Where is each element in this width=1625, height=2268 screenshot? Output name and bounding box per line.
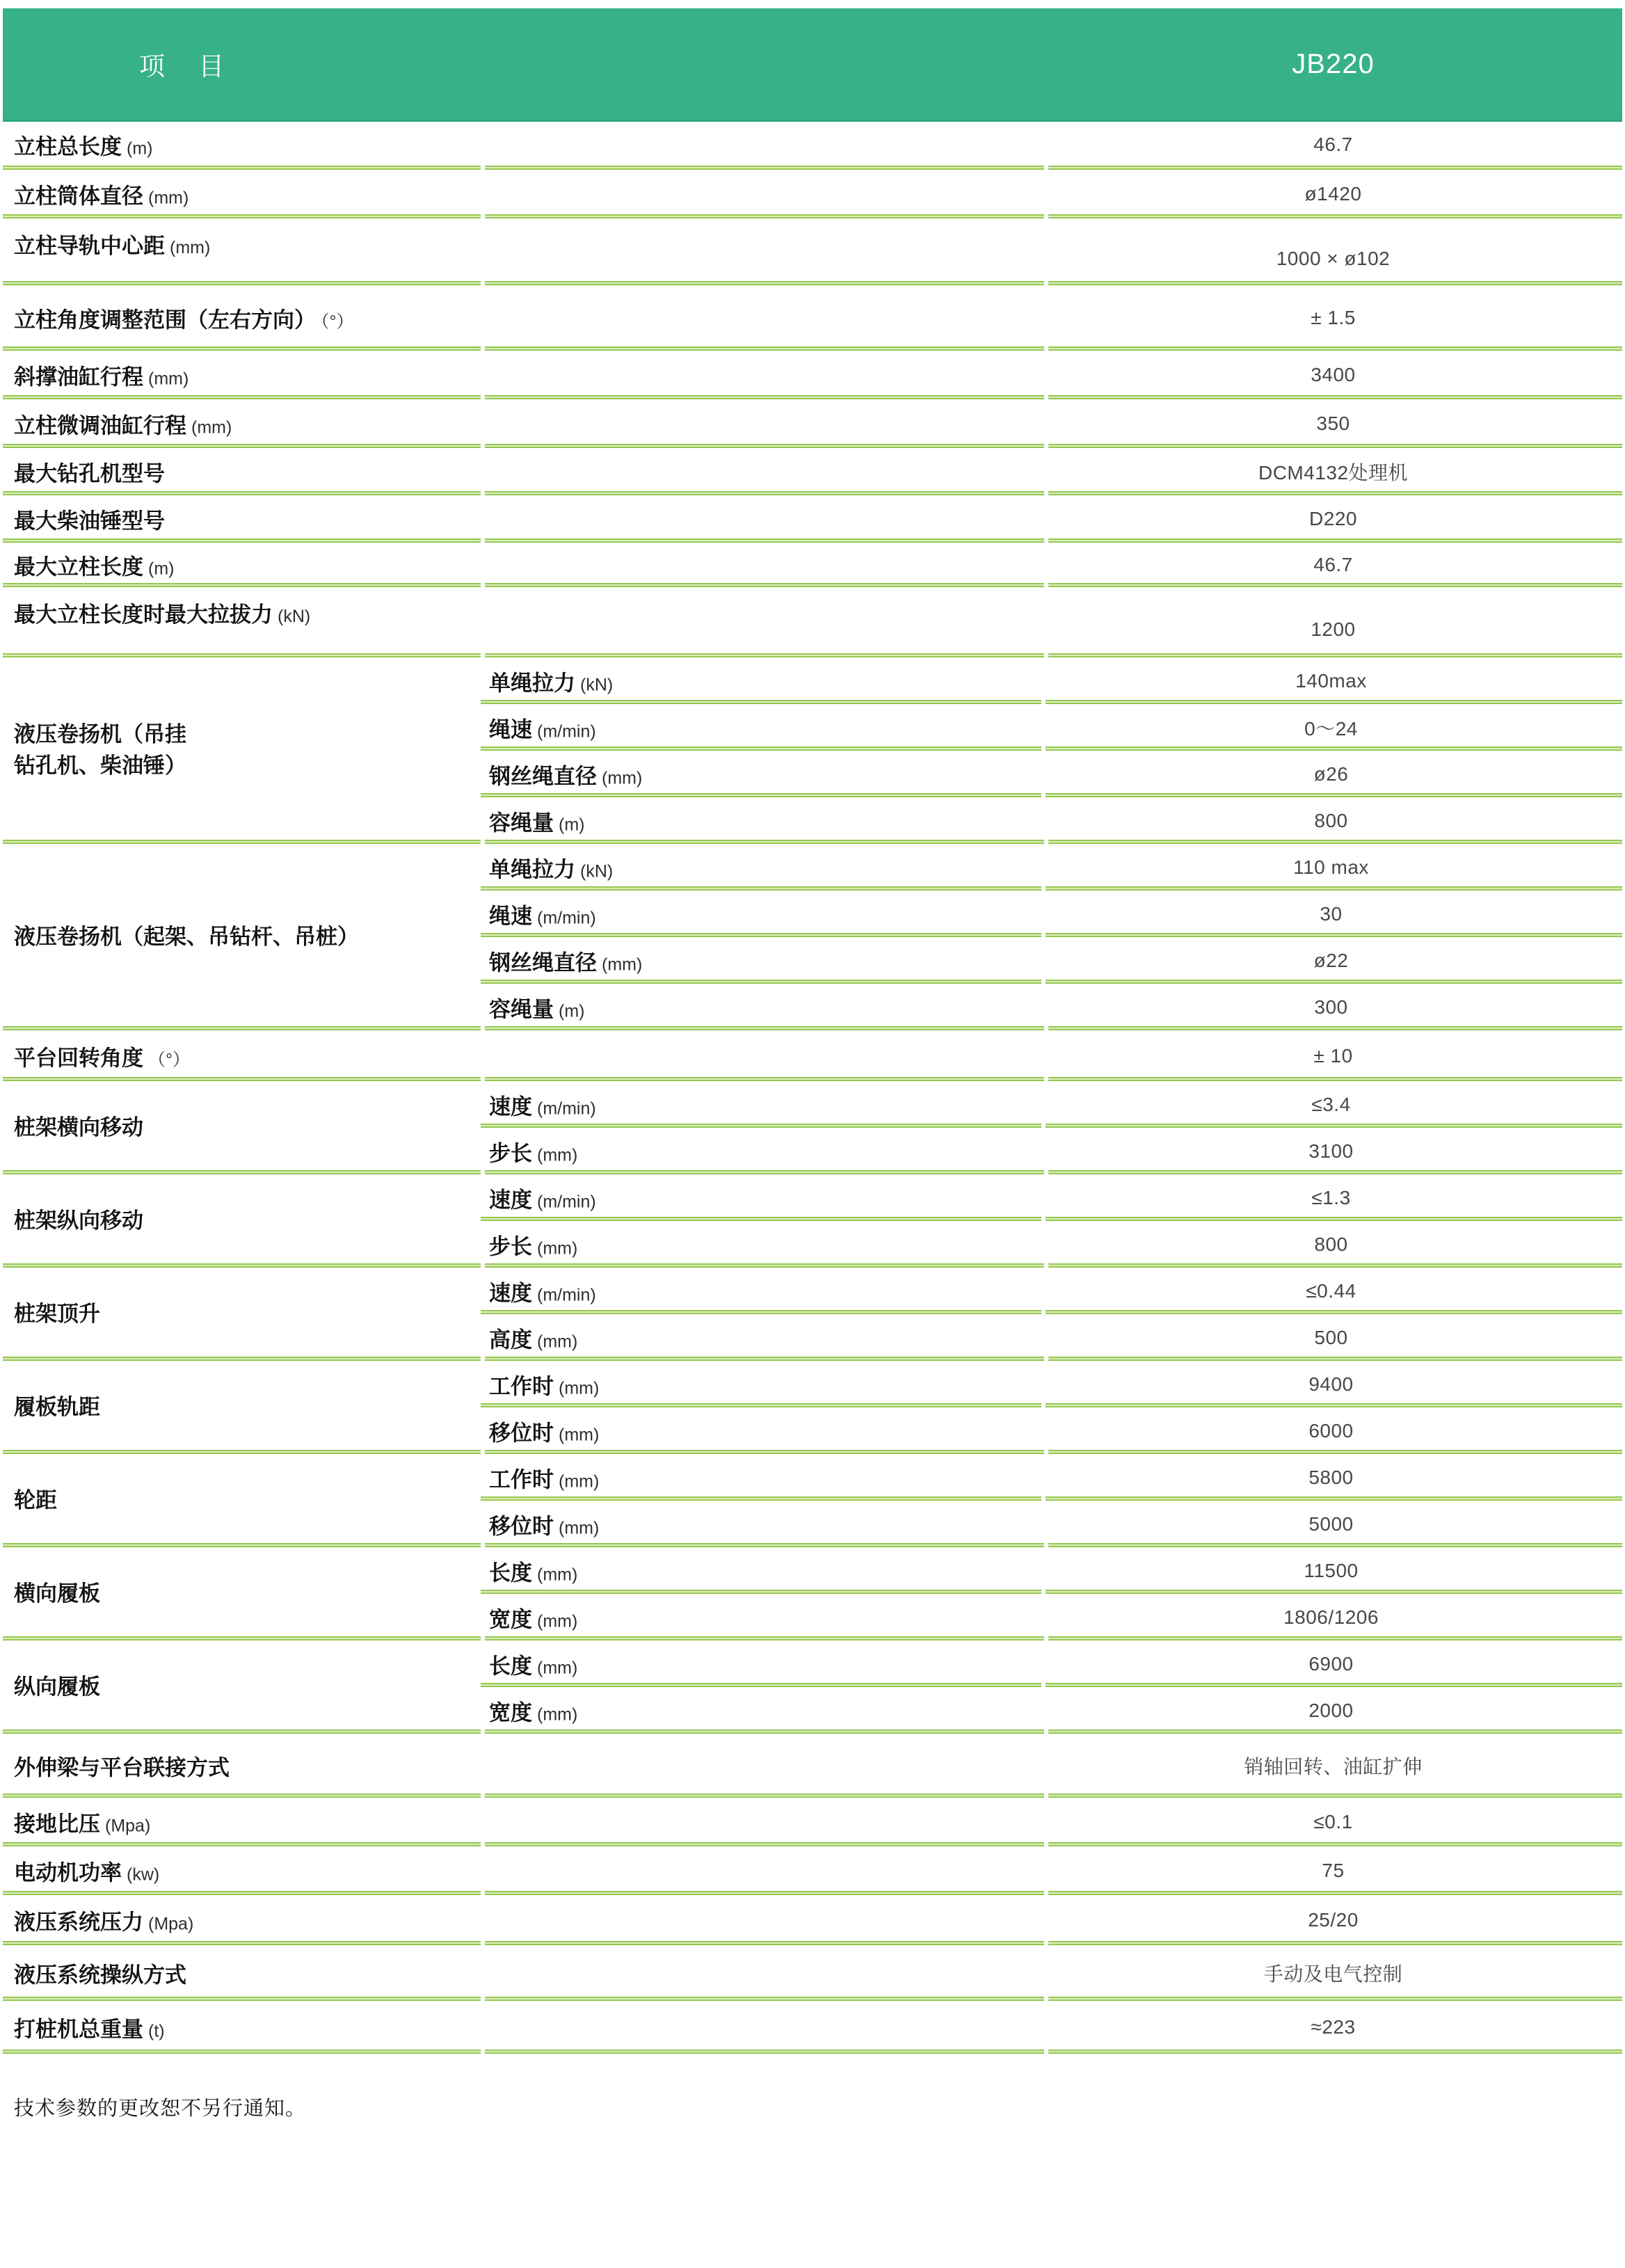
row-unit: (m) xyxy=(559,815,584,834)
row-unit: (Mpa) xyxy=(105,1816,150,1836)
table-group: 桩架横向移动速度(m/min)≤3.4步长(mm)3100 xyxy=(3,1081,1622,1174)
row-unit: (mm) xyxy=(559,1425,599,1444)
row-label: 接地比压 xyxy=(14,1812,100,1837)
group-label-line: 桩架纵向移动 xyxy=(14,1206,481,1237)
row-unit: (mm) xyxy=(537,1238,577,1258)
row-label-cell: 容绳量(m) xyxy=(489,805,584,836)
table-row: 立柱角度调整范围（左右方向）（°）± 1.5 xyxy=(3,285,1622,351)
row-label: 工作时 xyxy=(489,1467,554,1492)
row-value: 46.7 xyxy=(1044,554,1622,576)
table-subrow: 步长(mm)800 xyxy=(481,1221,1622,1268)
group-subrows: 速度(m/min)≤0.44高度(mm)500 xyxy=(481,1268,1622,1361)
table-subrow: 速度(m/min)≤1.3 xyxy=(481,1174,1622,1221)
row-value: 1200 xyxy=(1044,618,1622,641)
row-unit: (kw) xyxy=(127,1865,159,1885)
group-subrows: 工作时(mm)5800移位时(mm)5000 xyxy=(481,1454,1622,1547)
table-group: 桩架纵向移动速度(m/min)≤1.3步长(mm)800 xyxy=(3,1174,1622,1268)
row-unit: (mm) xyxy=(602,768,642,788)
group-label: 液压卷扬机（吊挂钻孔机、柴油锤） xyxy=(3,657,481,844)
row-value: 手动及电气控制 xyxy=(1044,1959,1622,1987)
table-subrow: 长度(mm)11500 xyxy=(481,1547,1622,1594)
row-unit: (mm) xyxy=(559,1518,599,1538)
group-subrows: 长度(mm)6900宽度(mm)2000 xyxy=(481,1640,1622,1734)
table-subrow: 绳速(m/min)0～24 xyxy=(481,704,1622,751)
row-unit: (m/min) xyxy=(537,1099,596,1118)
row-value: ± 1.5 xyxy=(1044,307,1622,329)
row-label-cell: 步长(mm) xyxy=(489,1229,577,1260)
group-label: 横向履板 xyxy=(3,1547,481,1640)
row-label: 立柱总长度 xyxy=(14,135,122,159)
table-row: 最大钻孔机型号DCM4132处理机 xyxy=(3,448,1622,495)
row-label-cell: 斜撑油缸行程(mm) xyxy=(14,360,189,391)
group-label: 履板轨距 xyxy=(3,1361,481,1454)
row-unit: (m) xyxy=(127,139,152,159)
table-row: 立柱导轨中心距(mm)1000 × ø102 xyxy=(3,218,1622,285)
row-label: 最大立柱长度 xyxy=(14,555,143,580)
row-unit: (mm) xyxy=(559,1378,599,1398)
row-label: 立柱角度调整范围（左右方向） xyxy=(14,308,316,333)
separator-segment xyxy=(1048,2050,1622,2054)
row-label: 斜撑油缸行程 xyxy=(14,365,143,390)
table-subrow: 宽度(mm)1806/1206 xyxy=(481,1594,1622,1640)
table-group: 轮距工作时(mm)5800移位时(mm)5000 xyxy=(3,1454,1622,1547)
row-value: 9400 xyxy=(1044,1373,1618,1396)
row-value: ø26 xyxy=(1044,763,1618,785)
row-label: 钢丝绳直径 xyxy=(489,950,597,975)
table-row: 外伸梁与平台联接方式销轴回转、油缸扩伸 xyxy=(3,1734,1622,1798)
group-label-line: 桩架顶升 xyxy=(14,1299,481,1330)
row-unit: (t) xyxy=(148,2022,165,2041)
row-value: 800 xyxy=(1044,810,1618,832)
row-label: 高度 xyxy=(489,1327,532,1352)
row-unit: (m) xyxy=(148,559,174,579)
table-header: 项 目 JB220 xyxy=(3,8,1622,122)
row-label-cell: 打桩机总重量(t) xyxy=(14,2012,165,2043)
group-subrows: 速度(m/min)≤3.4步长(mm)3100 xyxy=(481,1081,1622,1174)
row-value: 75 xyxy=(1044,1860,1622,1882)
row-label: 单绳拉力 xyxy=(489,671,575,695)
group-subrows: 单绳拉力(kN)110 max绳速(m/min)30钢丝绳直径(mm)ø22容绳… xyxy=(481,844,1622,1030)
spec-table: 立柱总长度(m)46.7立柱筒体直径(mm)ø1420立柱导轨中心距(mm)10… xyxy=(3,120,1622,2054)
table-subrow: 单绳拉力(kN)140max xyxy=(481,657,1622,704)
group-label-line: 桩架横向移动 xyxy=(14,1112,481,1144)
row-unit: (mm) xyxy=(537,1332,577,1351)
row-value: 300 xyxy=(1044,996,1618,1019)
row-value: 350 xyxy=(1044,413,1622,435)
row-label: 立柱微调油缸行程 xyxy=(14,414,186,438)
table-subrow: 高度(mm)500 xyxy=(481,1314,1622,1361)
row-value: ≤1.3 xyxy=(1044,1187,1618,1209)
row-label: 液压系统操纵方式 xyxy=(14,1963,186,1988)
row-unit: (m/min) xyxy=(537,908,596,927)
row-label-cell: 最大柴油锤型号 xyxy=(14,504,165,535)
footnote: 技术参数的更改恕不另行通知。 xyxy=(14,2093,306,2121)
row-label-cell: 宽度(mm) xyxy=(489,1695,577,1726)
table-group: 液压卷扬机（吊挂钻孔机、柴油锤）单绳拉力(kN)140max绳速(m/min)0… xyxy=(3,657,1622,844)
row-separator xyxy=(3,2050,1622,2054)
row-label: 立柱导轨中心距 xyxy=(14,234,165,258)
table-subrow: 速度(m/min)≤3.4 xyxy=(481,1081,1622,1128)
group-label: 桩架顶升 xyxy=(3,1268,481,1361)
header-item-column-label: 项 目 xyxy=(139,8,228,120)
row-unit: (kN) xyxy=(278,607,310,626)
row-label: 宽度 xyxy=(489,1607,532,1631)
row-unit: (mm) xyxy=(170,238,210,257)
row-unit: (mm) xyxy=(191,418,232,438)
row-unit: (mm) xyxy=(559,1471,599,1491)
row-unit: （°） xyxy=(148,1050,190,1069)
row-value: 25/20 xyxy=(1044,1909,1622,1931)
group-subrows: 单绳拉力(kN)140max绳速(m/min)0～24钢丝绳直径(mm)ø26容… xyxy=(481,657,1622,844)
row-label: 速度 xyxy=(489,1281,532,1305)
row-label: 钢丝绳直径 xyxy=(489,764,597,788)
row-label-cell: 液压系统压力(Mpa) xyxy=(14,1905,193,1936)
table-group: 履板轨距工作时(mm)9400移位时(mm)6000 xyxy=(3,1361,1622,1454)
table-subrow: 步长(mm)3100 xyxy=(481,1128,1622,1174)
row-value: 5800 xyxy=(1044,1467,1618,1489)
table-subrow: 长度(mm)6900 xyxy=(481,1640,1622,1687)
row-label-cell: 单绳拉力(kN) xyxy=(489,665,613,696)
table-row: 液压系统压力(Mpa)25/20 xyxy=(3,1895,1622,1945)
row-value: 1806/1206 xyxy=(1044,1606,1618,1629)
row-label-cell: 步长(mm) xyxy=(489,1135,577,1167)
group-label-line: 轮距 xyxy=(14,1485,481,1517)
row-label-cell: 立柱微调油缸行程(mm) xyxy=(14,408,232,440)
table-group: 横向履板长度(mm)11500宽度(mm)1806/1206 xyxy=(3,1547,1622,1640)
group-label: 桩架纵向移动 xyxy=(3,1174,481,1268)
table-subrow: 移位时(mm)6000 xyxy=(481,1407,1622,1454)
row-unit: (mm) xyxy=(537,1704,577,1724)
row-label: 容绳量 xyxy=(489,810,554,835)
row-value: 800 xyxy=(1044,1233,1618,1256)
row-label-cell: 液压系统操纵方式 xyxy=(14,1958,186,1989)
group-label-line: 纵向履板 xyxy=(14,1672,481,1703)
table-row: 最大柴油锤型号D220 xyxy=(3,495,1622,543)
row-value: 1000 × ø102 xyxy=(1044,248,1622,270)
row-label: 最大立柱长度时最大拉拔力 xyxy=(14,602,273,627)
group-label-line: 履板轨距 xyxy=(14,1392,481,1423)
row-label-cell: 长度(mm) xyxy=(489,1555,577,1586)
row-label-cell: 高度(mm) xyxy=(489,1322,577,1353)
row-value: 500 xyxy=(1044,1327,1618,1349)
row-value: ≤0.1 xyxy=(1044,1811,1622,1833)
row-label-cell: 速度(m/min) xyxy=(489,1182,596,1213)
row-label: 电动机功率 xyxy=(14,1861,122,1885)
row-label-cell: 容绳量(m) xyxy=(489,991,584,1023)
row-label-cell: 钢丝绳直径(mm) xyxy=(489,758,642,790)
table-group: 桩架顶升速度(m/min)≤0.44高度(mm)500 xyxy=(3,1268,1622,1361)
row-label: 液压系统压力 xyxy=(14,1910,143,1935)
row-value: 0～24 xyxy=(1044,714,1618,742)
row-label-cell: 宽度(mm) xyxy=(489,1602,577,1633)
row-label: 速度 xyxy=(489,1188,532,1212)
group-label: 纵向履板 xyxy=(3,1640,481,1734)
row-unit: (mm) xyxy=(148,189,189,208)
group-label: 液压卷扬机（起架、吊钻杆、吊桩） xyxy=(3,844,481,1030)
row-label: 步长 xyxy=(489,1141,532,1165)
row-label-cell: 速度(m/min) xyxy=(489,1089,596,1120)
group-label-line: 液压卷扬机（吊挂 xyxy=(14,719,481,751)
spec-sheet: 项 目 JB220 立柱总长度(m)46.7立柱筒体直径(mm)ø1420立柱导… xyxy=(0,0,1625,2268)
row-value: ≈223 xyxy=(1044,2016,1622,2038)
table-row: 立柱总长度(m)46.7 xyxy=(3,120,1622,170)
row-value: DCM4132处理机 xyxy=(1044,458,1622,486)
row-unit: (mm) xyxy=(537,1658,577,1677)
row-value: 6900 xyxy=(1044,1653,1618,1675)
row-value: ≤3.4 xyxy=(1044,1094,1618,1116)
row-label: 打桩机总重量 xyxy=(14,2018,143,2042)
row-label: 宽度 xyxy=(489,1700,532,1725)
group-label-line: 液压卷扬机（起架、吊钻杆、吊桩） xyxy=(14,922,481,953)
row-label-cell: 移位时(mm) xyxy=(489,1508,599,1540)
row-unit: (m/min) xyxy=(537,1192,596,1211)
table-subrow: 单绳拉力(kN)110 max xyxy=(481,844,1622,891)
row-label-cell: 平台回转角度（°） xyxy=(14,1040,190,1071)
row-label-cell: 外伸梁与平台联接方式 xyxy=(14,1750,230,1782)
row-value: 140max xyxy=(1044,670,1618,692)
row-unit: (mm) xyxy=(602,955,642,974)
row-label: 最大柴油锤型号 xyxy=(14,509,165,534)
table-subrow: 速度(m/min)≤0.44 xyxy=(481,1268,1622,1314)
row-label: 步长 xyxy=(489,1234,532,1259)
group-subrows: 工作时(mm)9400移位时(mm)6000 xyxy=(481,1361,1622,1454)
row-label-cell: 钢丝绳直径(mm) xyxy=(489,945,642,976)
row-label: 工作时 xyxy=(489,1374,554,1398)
row-label-cell: 绳速(m/min) xyxy=(489,898,596,929)
row-label: 容绳量 xyxy=(489,997,554,1021)
table-group: 纵向履板长度(mm)6900宽度(mm)2000 xyxy=(3,1640,1622,1734)
row-label-cell: 绳速(m/min) xyxy=(489,712,596,743)
table-row: 最大立柱长度时最大拉拔力(kN)1200 xyxy=(3,587,1622,657)
row-label: 外伸梁与平台联接方式 xyxy=(14,1756,230,1780)
row-unit: (m) xyxy=(559,1001,584,1021)
row-unit: (m/min) xyxy=(537,1285,596,1304)
row-unit: (Mpa) xyxy=(148,1915,193,1934)
group-subrows: 长度(mm)11500宽度(mm)1806/1206 xyxy=(481,1547,1622,1640)
row-value: D220 xyxy=(1044,508,1622,530)
row-value: ≤0.44 xyxy=(1044,1280,1618,1302)
row-unit: (kN) xyxy=(580,861,613,881)
row-label: 长度 xyxy=(489,1560,532,1585)
row-label-cell: 接地比压(Mpa) xyxy=(14,1807,150,1838)
row-value: 46.7 xyxy=(1044,134,1622,156)
table-row: 立柱筒体直径(mm)ø1420 xyxy=(3,170,1622,218)
row-value: 11500 xyxy=(1044,1560,1618,1582)
table-subrow: 宽度(mm)2000 xyxy=(481,1687,1622,1734)
row-label-cell: 工作时(mm) xyxy=(489,1368,599,1400)
table-row: 液压系统操纵方式手动及电气控制 xyxy=(3,1945,1622,2001)
table-row: 立柱微调油缸行程(mm)350 xyxy=(3,399,1622,448)
separator-segment xyxy=(485,2050,1044,2054)
table-row: 斜撑油缸行程(mm)3400 xyxy=(3,351,1622,399)
row-value: 110 max xyxy=(1044,856,1618,879)
row-value: 30 xyxy=(1044,903,1618,925)
row-label: 移位时 xyxy=(489,1421,554,1445)
row-label: 单绳拉力 xyxy=(489,857,575,881)
table-subrow: 工作时(mm)5800 xyxy=(481,1454,1622,1501)
row-value: ø22 xyxy=(1044,950,1618,972)
row-label-cell: 速度(m/min) xyxy=(489,1275,596,1307)
table-subrow: 钢丝绳直径(mm)ø26 xyxy=(481,751,1622,797)
table-subrow: 容绳量(m)300 xyxy=(481,984,1622,1030)
table-subrow: 工作时(mm)9400 xyxy=(481,1361,1622,1407)
table-subrow: 移位时(mm)5000 xyxy=(481,1501,1622,1547)
table-subrow: 容绳量(m)800 xyxy=(481,797,1622,844)
table-row: 电动机功率(kw)75 xyxy=(3,1846,1622,1895)
header-model-label: JB220 xyxy=(1044,8,1622,120)
row-label-cell: 立柱总长度(m) xyxy=(14,129,152,161)
row-value: 销轴回转、油缸扩伸 xyxy=(1044,1752,1622,1780)
table-row: 接地比压(Mpa)≤0.1 xyxy=(3,1798,1622,1846)
row-label-cell: 最大立柱长度时最大拉拔力(kN) xyxy=(14,597,310,628)
row-label: 速度 xyxy=(489,1094,532,1119)
row-value: 3400 xyxy=(1044,364,1622,386)
row-label-cell: 立柱筒体直径(mm) xyxy=(14,179,189,210)
row-label-cell: 最大立柱长度(m) xyxy=(14,550,174,581)
row-unit: (mm) xyxy=(537,1611,577,1631)
row-value: ± 10 xyxy=(1044,1045,1622,1067)
row-label: 平台回转角度 xyxy=(14,1046,143,1070)
row-label-cell: 长度(mm) xyxy=(489,1648,577,1679)
row-label-cell: 移位时(mm) xyxy=(489,1415,599,1446)
table-row: 最大立柱长度(m)46.7 xyxy=(3,543,1622,587)
row-label-cell: 电动机功率(kw) xyxy=(14,1855,159,1887)
row-unit: （°） xyxy=(321,312,354,332)
row-label-cell: 最大钻孔机型号 xyxy=(14,456,165,488)
row-value: 6000 xyxy=(1044,1420,1618,1442)
row-label-cell: 立柱角度调整范围（左右方向）（°） xyxy=(14,303,354,334)
row-label-cell: 单绳拉力(kN) xyxy=(489,852,613,883)
row-value: 5000 xyxy=(1044,1513,1618,1535)
row-value: 2000 xyxy=(1044,1700,1618,1722)
row-value: ø1420 xyxy=(1044,183,1622,205)
row-label: 绳速 xyxy=(489,904,532,928)
row-unit: (kN) xyxy=(580,675,613,694)
row-unit: (mm) xyxy=(537,1145,577,1165)
row-unit: (mm) xyxy=(148,369,189,389)
group-label-line: 钻孔机、柴油锤） xyxy=(14,751,481,782)
table-subrow: 钢丝绳直径(mm)ø22 xyxy=(481,937,1622,984)
table-row: 平台回转角度（°）± 10 xyxy=(3,1030,1622,1081)
table-row: 打桩机总重量(t)≈223 xyxy=(3,2001,1622,2054)
row-label: 最大钻孔机型号 xyxy=(14,462,165,486)
group-label-line: 横向履板 xyxy=(14,1579,481,1610)
group-label: 轮距 xyxy=(3,1454,481,1547)
row-unit: (m/min) xyxy=(537,721,596,741)
table-group: 液压卷扬机（起架、吊钻杆、吊桩）单绳拉力(kN)110 max绳速(m/min)… xyxy=(3,844,1622,1030)
row-label-cell: 工作时(mm) xyxy=(489,1462,599,1493)
row-label: 绳速 xyxy=(489,717,532,742)
row-label: 长度 xyxy=(489,1654,532,1678)
row-unit: (mm) xyxy=(537,1565,577,1584)
row-label: 立柱筒体直径 xyxy=(14,184,143,209)
row-label: 移位时 xyxy=(489,1514,554,1538)
group-subrows: 速度(m/min)≤1.3步长(mm)800 xyxy=(481,1174,1622,1268)
row-label-cell: 立柱导轨中心距(mm) xyxy=(14,228,210,259)
row-value: 3100 xyxy=(1044,1140,1618,1163)
group-label: 桩架横向移动 xyxy=(3,1081,481,1174)
table-subrow: 绳速(m/min)30 xyxy=(481,891,1622,937)
separator-segment xyxy=(3,2050,481,2054)
